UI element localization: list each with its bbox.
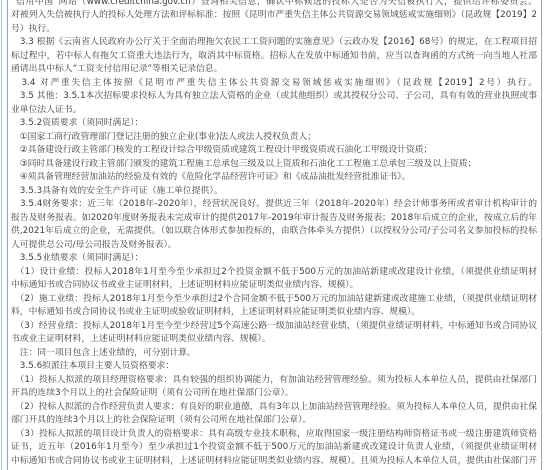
document-line: 3.5.4财务要求：近三年（2018年-2020年），经营状况良好。提供近三年（… (11, 198, 537, 212)
document-line: （3）投标人拟派的项目设计负责人的资格要求：具有高级专业技术职称，应取得国家一级… (11, 428, 537, 442)
document-line: 料，中标通知书或合同协议书或业主证明或验收证明材料，上述证明材料应能证明类似业绩… (11, 306, 537, 320)
document-line: 3.5.3具备有效的安全生产许可证（施工单位提供）。 (11, 185, 537, 199)
document-line: 人可提供总公司/母公司报告及财务报表）。 (11, 239, 537, 253)
document-line: 供,2021年后成立的企业，无需提供。（如以联合体形式参加投标的，由联合体牵头方… (11, 225, 537, 239)
document-line: 3.5.5业绩要求（须同时满足）： (11, 252, 537, 266)
document-text-area: “信用中国”网站（www.creditchina.gov.cn）查询相关信息，确… (11, 0, 537, 470)
document-line: ①国家工商行政管理部门登记注册的独立企业(事业)法人或法人授权负责人； (11, 131, 537, 145)
document-line: 函请出具中标人“工资支付信用记录”等相关记录信息。 (11, 63, 537, 77)
document-line: 号）执行。 (11, 23, 537, 37)
document-line: 3.5 其他：3.5.1本次招标要求投标人为具有独立法人资格的企业（或其他组织）… (11, 90, 537, 104)
document-line: ③同时具备建设行政主管部门颁发的建筑工程施工总承包三级及以上资质和石油化工工程施… (11, 158, 537, 172)
document-line: 注：同一项目包含上述业绩的，可分别计算。 (11, 347, 537, 361)
document-line: 开具的连续3个月以上的社会保险证明（须有公司所在地社保部门公章）。 (11, 387, 537, 401)
document-line: 报告及财务报表。如2020年度财务报表未完成审计的提供2017年-2019年审计… (11, 212, 537, 226)
page-border-outer-left (1, 0, 2, 470)
document-line: “信用中国”网站（www.creditchina.gov.cn）查询相关信息，确… (11, 0, 537, 9)
document-line: （1）投标人拟派的项目经理资格要求：具有较强的组织协调能力，有加油站经营管理经验… (11, 374, 537, 388)
document-text-block: “信用中国”网站（www.creditchina.gov.cn）查询相关信息，确… (11, 0, 537, 468)
page-border-right (541, 0, 542, 470)
document-line: 中标通知书或合同协议书或业主证明材料，上述证明材料应能证明类似业绩内容、规模）。… (11, 455, 537, 469)
document-line: 3.5.2资质要求（须同时满足）： (11, 117, 537, 131)
document-line: 证书，近五年（2016年1月至今）至少承担过1个投资金额不低于500万元的加油站… (11, 441, 537, 455)
document-line: 部门开具的连续3个月以上的社会保险证明（须有公司所在地社保部门公章）。 (11, 414, 537, 428)
document-line: 3.4 对严重失信主体按照《昆明市严重失信主体公共资源交易领域惩戒实施细则》（昆… (11, 77, 537, 91)
document-line: 业单位法人证书。 (11, 104, 537, 118)
document-line: 对被列入失信被执行人的投标人处理方法和评标标准：按照《昆明市严重失信主体公共资源… (11, 9, 537, 23)
document-line: （3）经营业绩：投标人2018年1月至今至少经营过5个高速公路一级加油站经营业绩… (11, 320, 537, 334)
document-line: 标过程中，若中标人有拖欠工资重大违法行为，取消其中标资格。招标人在发放中标通知书… (11, 50, 537, 64)
document-line: （2）施工业绩：投标人2018年1月至今至少承担过2个合同金额不低于500万元的… (11, 293, 537, 307)
page-border-inner-left (7, 0, 8, 470)
document-line: （2）投标人拟派的合作经营负责人要求：有良好的职业道德，具有3年以上加油站经营管… (11, 401, 537, 415)
document-line: ②具备建设行政主管部门核发的工程设计综合甲级资质或建筑工程设计甲级资质或石油化工… (11, 144, 537, 158)
document-line: 中标通知书或合同协议书或业主证明材料，上述证明材料应能证明类似业绩内容、规模）。 (11, 279, 537, 293)
document-line: ④须具备管理经营加油站的经验及有效的《危险化学品经营许可证》和《成品油批发经营批… (11, 171, 537, 185)
document-page: “信用中国”网站（www.creditchina.gov.cn）查询相关信息，确… (0, 0, 554, 470)
document-line: 3.3 根据《云南省人民政府办公厅关于全面治理拖欠农民工工资问题的实施意见》（云… (11, 36, 537, 50)
document-line: 3.5.6拟派往本项目主要人员资格要求： (11, 360, 537, 374)
document-line: 书或业主证明材料，上述证明材料应能证明类似业绩内容、规模）。 (11, 333, 537, 347)
document-line: （1）设计业绩：投标人2018年1月至今至少承担过2个投资金额不低于500万元的… (11, 266, 537, 280)
